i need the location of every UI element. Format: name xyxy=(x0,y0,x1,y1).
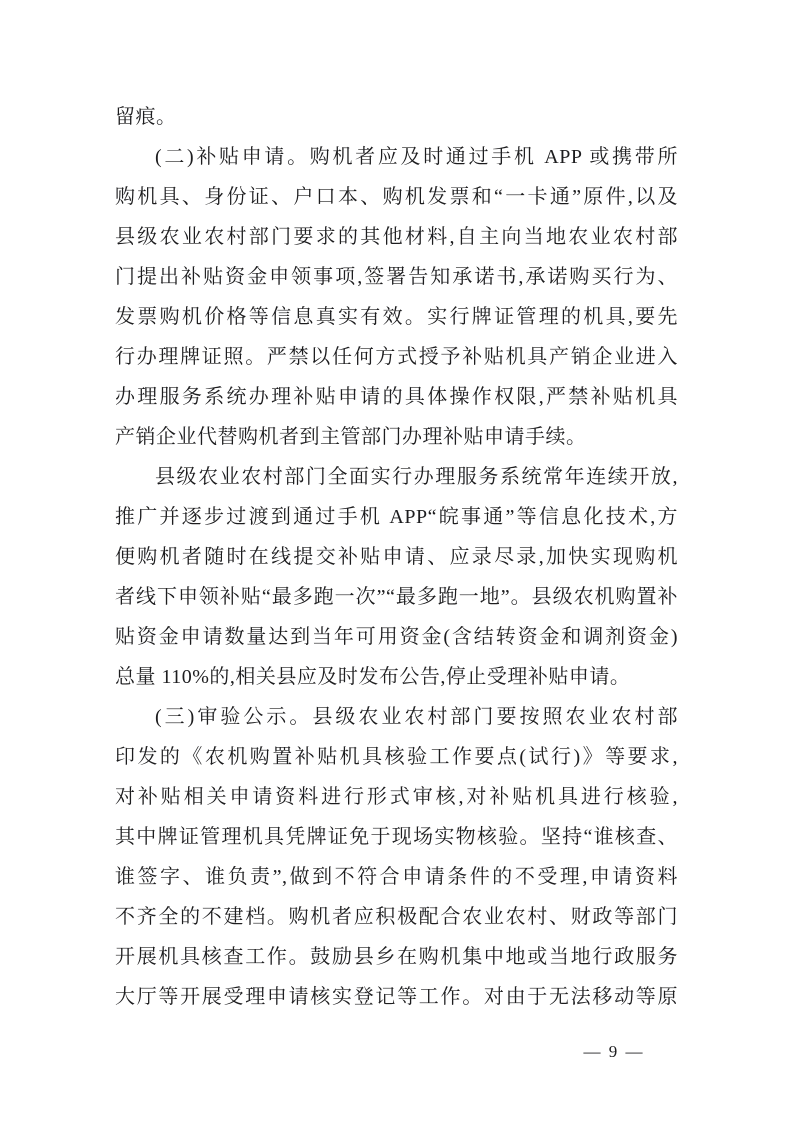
text-line: 不齐全的不建档。购机者应积极配合农业农村、财政等部门 xyxy=(115,897,678,937)
text-line: 办理服务系统办理补贴申请的具体操作权限,严禁补贴机具 xyxy=(115,377,678,417)
text-line: 开展机具核查工作。鼓励县乡在购机集中地或当地行政服务 xyxy=(115,937,678,977)
text-line: 门提出补贴资金申领事项,签署告知承诺书,承诺购买行为、 xyxy=(115,257,678,297)
text-line: 总量 110%的,相关县应及时发布公告,停止受理补贴申请。 xyxy=(115,657,678,697)
text-line: 便购机者随时在线提交补贴申请、应录尽录,加快实现购机 xyxy=(115,537,678,577)
text-line: 购机具、身份证、户口本、购机发票和“一卡通”原件,以及 xyxy=(115,177,678,217)
text-line: 县级农业农村部门全面实行办理服务系统常年连续开放, xyxy=(115,457,678,497)
document-page: 留痕。(二)补贴申请。购机者应及时通过手机 APP 或携带所购机具、身份证、户口… xyxy=(0,0,794,1123)
text-line: 发票购机价格等信息真实有效。实行牌证管理的机具,要先 xyxy=(115,297,678,337)
text-line: 留痕。 xyxy=(115,97,678,137)
text-line: 大厅等开展受理申请核实登记等工作。对由于无法移动等原 xyxy=(115,977,678,1017)
text-line: (三)审验公示。县级农业农村部门要按照农业农村部 xyxy=(115,697,678,737)
text-line: 者线下申领补贴“最多跑一次”“最多跑一地”。县级农机购置补 xyxy=(115,577,678,617)
text-line: 谁签字、谁负责”,做到不符合申请条件的不受理,申请资料 xyxy=(115,857,678,897)
text-line: 印发的《农机购置补贴机具核验工作要点(试行)》等要求, xyxy=(115,737,678,777)
text-line: 产销企业代替购机者到主管部门办理补贴申请手续。 xyxy=(115,417,678,457)
text-line: 推广并逐步过渡到通过手机 APP“皖事通”等信息化技术,方 xyxy=(115,497,678,537)
page-number: — 9 — xyxy=(574,1040,654,1064)
document-body: 留痕。(二)补贴申请。购机者应及时通过手机 APP 或携带所购机具、身份证、户口… xyxy=(115,97,678,1017)
text-line: 行办理牌证照。严禁以任何方式授予补贴机具产销企业进入 xyxy=(115,337,678,377)
text-line: (二)补贴申请。购机者应及时通过手机 APP 或携带所 xyxy=(115,137,678,177)
text-line: 县级农业农村部门要求的其他材料,自主向当地农业农村部 xyxy=(115,217,678,257)
text-line: 贴资金申请数量达到当年可用资金(含结转资金和调剂资金) xyxy=(115,617,678,657)
text-line: 对补贴相关申请资料进行形式审核,对补贴机具进行核验, xyxy=(115,777,678,817)
text-line: 其中牌证管理机具凭牌证免于现场实物核验。坚持“谁核查、 xyxy=(115,817,678,857)
